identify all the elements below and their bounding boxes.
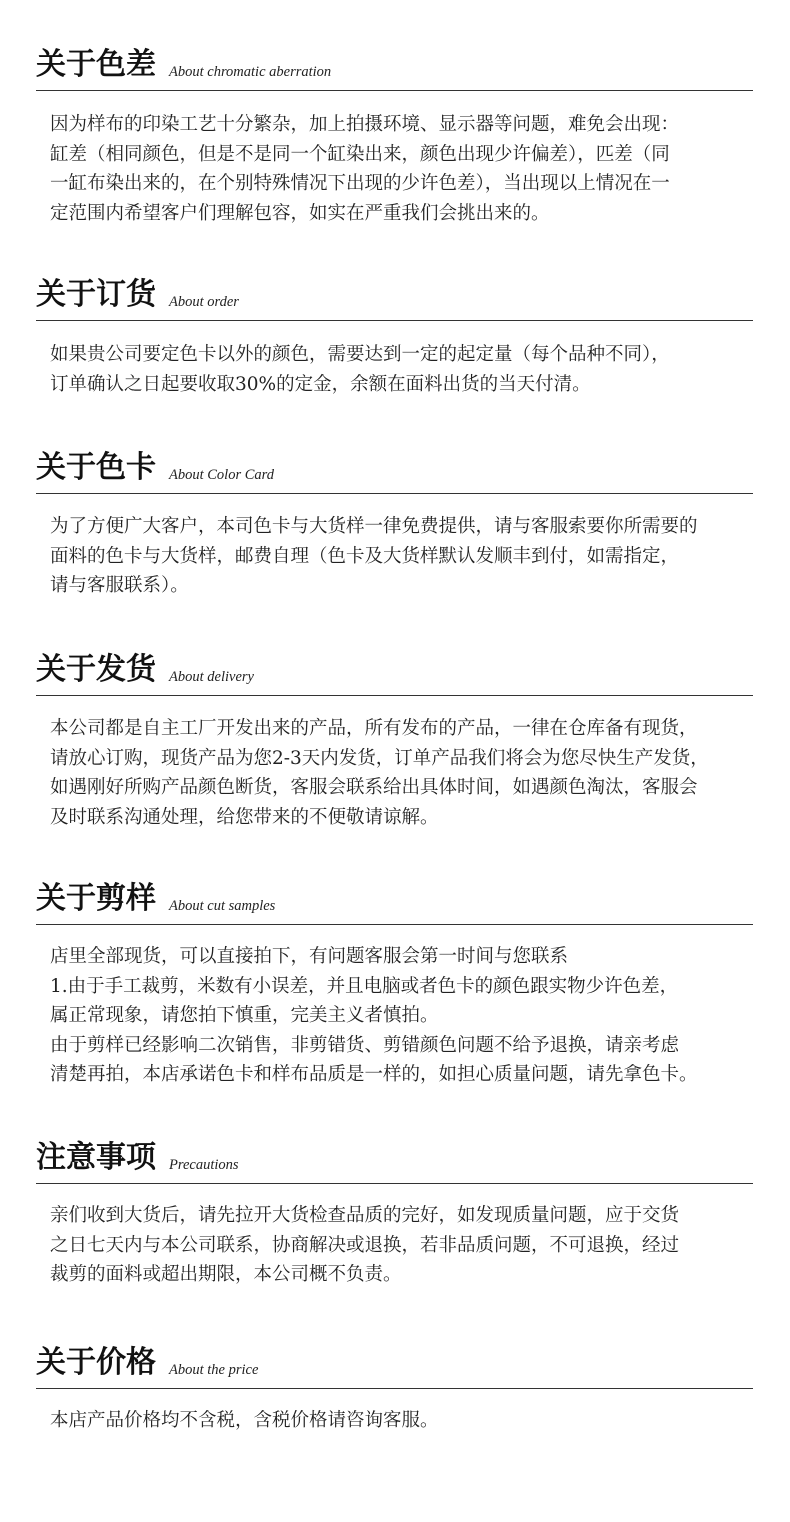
body-line: 订单确认之日起要收取30%的定金，余额在面料出货的当天付清。 — [50, 370, 750, 400]
section-header: 关于色卡 About Color Card — [36, 443, 753, 494]
body-line: 如遇刚好所购产品颜色断货，客服会联系给出具体时间，如遇颜色淘汰，客服会 — [50, 773, 750, 803]
body-line: 定范围内希望客户们理解包容，如实在严重我们会挑出来的。 — [50, 199, 750, 229]
body-line: 如果贵公司要定色卡以外的颜色，需要达到一定的起定量（每个品种不同）， — [50, 340, 750, 370]
section-subtitle: Precautions — [169, 1156, 239, 1174]
body-line: 由于剪样已经影响二次销售，非剪错货、剪错颜色问题不给予退换，请亲考虑 — [50, 1031, 750, 1061]
section-body: 为了方便广大客户，本司色卡与大货样一律免费提供，请与客服索要你所需要的 面料的色… — [50, 512, 750, 601]
section-title: 注意事项 — [36, 1141, 156, 1175]
section-body: 店里全部现货，可以直接拍下，有问题客服会第一时间与您联系 1.由于手工裁剪，米数… — [50, 942, 750, 1090]
body-line: 为了方便广大客户，本司色卡与大货样一律免费提供，请与客服索要你所需要的 — [50, 512, 750, 542]
section-subtitle: About Color Card — [169, 466, 274, 484]
body-line: 缸差（相同颜色，但是不是同一个缸染出来，颜色出现少许偏差），匹差（同 — [50, 140, 750, 170]
body-line: 1.由于手工裁剪，米数有小误差，并且电脑或者色卡的颜色跟实物少许色差， — [50, 972, 750, 1002]
body-line: 裁剪的面料或超出期限，本公司概不负责。 — [50, 1260, 750, 1290]
section-header: 注意事项 Precautions — [36, 1133, 753, 1184]
section-title: 关于价格 — [36, 1346, 156, 1380]
body-line: 亲们收到大货后，请先拉开大货检查品质的完好，如发现质量问题，应于交货 — [50, 1201, 750, 1231]
body-line: 属正常现象，请您拍下慎重，完美主义者慎拍。 — [50, 1001, 750, 1031]
section-header: 关于订货 About order — [36, 270, 753, 321]
section-body: 本公司都是自主工厂开发出来的产品，所有发布的产品，一律在仓库备有现货， 请放心订… — [50, 714, 750, 832]
body-line: 之日七天内与本公司联系，协商解决或退换，若非品质问题，不可退换，经过 — [50, 1231, 750, 1261]
body-line: 因为样布的印染工艺十分繁杂，加上拍摄环境、显示器等问题，难免会出现： — [50, 110, 750, 140]
section-body: 本店产品价格均不含税，含税价格请咨询客服。 — [50, 1406, 750, 1436]
section-title: 关于订货 — [36, 278, 156, 312]
section-header: 关于剪样 About cut samples — [36, 874, 753, 925]
body-line: 面料的色卡与大货样，邮费自理（色卡及大货样默认发顺丰到付，如需指定， — [50, 542, 750, 572]
section-title: 关于色卡 — [36, 451, 156, 485]
body-line: 本公司都是自主工厂开发出来的产品，所有发布的产品，一律在仓库备有现货， — [50, 714, 750, 744]
section-header: 关于价格 About the price — [36, 1338, 753, 1389]
body-line: 请与客服联系）。 — [50, 571, 750, 601]
section-header: 关于发货 About delivery — [36, 645, 753, 696]
section-title: 关于发货 — [36, 653, 156, 687]
body-line: 本店产品价格均不含税，含税价格请咨询客服。 — [50, 1406, 750, 1436]
section-body: 亲们收到大货后，请先拉开大货检查品质的完好，如发现质量问题，应于交货 之日七天内… — [50, 1201, 750, 1290]
section-body: 如果贵公司要定色卡以外的颜色，需要达到一定的起定量（每个品种不同）， 订单确认之… — [50, 340, 750, 399]
body-line: 店里全部现货，可以直接拍下，有问题客服会第一时间与您联系 — [50, 942, 750, 972]
section-subtitle: About cut samples — [169, 897, 275, 915]
section-subtitle: About delivery — [169, 668, 254, 686]
section-subtitle: About chromatic aberration — [169, 63, 331, 81]
section-subtitle: About the price — [169, 1361, 258, 1379]
section-title: 关于色差 — [36, 48, 156, 82]
section-body: 因为样布的印染工艺十分繁杂，加上拍摄环境、显示器等问题，难免会出现： 缸差（相同… — [50, 110, 750, 228]
section-header: 关于色差 About chromatic aberration — [36, 40, 753, 91]
body-line: 一缸布染出来的，在个别特殊情况下出现的少许色差），当出现以上情况在一 — [50, 169, 750, 199]
section-title: 关于剪样 — [36, 882, 156, 916]
section-subtitle: About order — [169, 293, 239, 311]
body-line: 请放心订购，现货产品为您2-3天内发货，订单产品我们将会为您尽快生产发货， — [50, 744, 750, 774]
body-line: 清楚再拍，本店承诺色卡和样布品质是一样的，如担心质量问题，请先拿色卡。 — [50, 1060, 750, 1090]
body-line: 及时联系沟通处理，给您带来的不便敬请谅解。 — [50, 803, 750, 833]
